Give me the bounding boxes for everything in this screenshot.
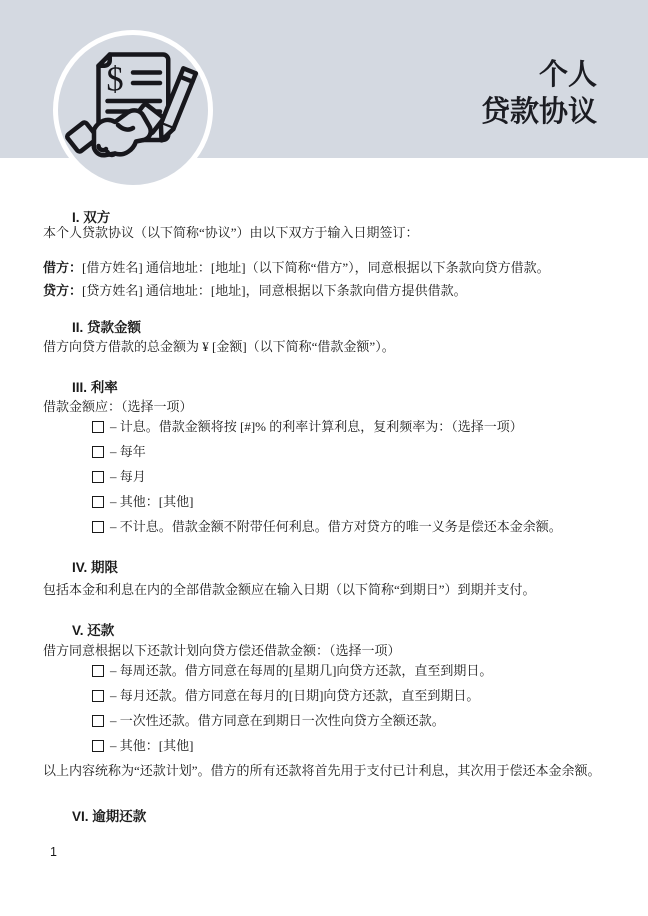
option-label: – 其他：[其他] (110, 738, 193, 753)
lender-text: [贷方姓名] 通信地址：[地址]，同意根据以下条款向借方提供借款。 (82, 283, 467, 298)
interest-rate-options: – 计息。借款金额将按 [#]% 的利率计算利息，复利频率为：（选择一项） – … (43, 419, 610, 534)
header-band: $ (0, 0, 648, 158)
lender-label: 贷方： (43, 283, 82, 298)
borrower-line: 借方：[借方姓名] 通信地址：[地址]（以下简称“借方”），同意根据以下条款向贷… (43, 256, 610, 279)
checkbox-icon[interactable] (92, 715, 104, 727)
title-line-1: 个人 (481, 57, 597, 94)
option-bearing-interest: – 计息。借款金额将按 [#]% 的利率计算利息，复利频率为：（选择一项） (92, 419, 610, 434)
checkbox-icon[interactable] (92, 446, 104, 458)
option-compound-monthly: – 每月 (92, 469, 610, 484)
checkbox-icon[interactable] (92, 521, 104, 533)
repayment-closing-text: 以上内容统称为“还款计划”。借方的所有还款将首先用于支付已计利息，其次用于偿还本… (43, 763, 610, 778)
option-compound-yearly: – 每年 (92, 444, 610, 459)
section-heading-late-payment: VI. 逾期还款 (43, 810, 610, 824)
title-line-2: 贷款协议 (481, 94, 597, 131)
checkbox-icon[interactable] (92, 665, 104, 677)
option-label: – 其他：[其他] (110, 494, 193, 509)
borrower-text: [借方姓名] 通信地址：[地址]（以下简称“借方”），同意根据以下条款向贷方借款… (82, 260, 550, 275)
section-heading-parties: I. 双方 (43, 211, 610, 225)
repayment-options: – 每周还款。借方同意在每周的[星期几]向贷方还款，直至到期日。 – 每月还款。… (43, 663, 610, 753)
checkbox-icon[interactable] (92, 690, 104, 702)
section-heading-interest-rate: III. 利率 (43, 381, 610, 395)
borrower-label: 借方： (43, 260, 82, 275)
svg-text:$: $ (106, 61, 123, 99)
section-heading-repayment: V. 还款 (43, 624, 610, 638)
document-page: $ (0, 0, 648, 916)
option-monthly-repayment: – 每月还款。借方同意在每月的[日期]向贷方还款，直至到期日。 (92, 688, 610, 703)
option-label: – 计息。借款金额将按 [#]% 的利率计算利息，复利频率为：（选择一项） (110, 419, 523, 434)
page-number: 1 (50, 845, 57, 859)
section-heading-term: IV. 期限 (43, 561, 610, 575)
checkbox-icon[interactable] (92, 421, 104, 433)
parties-intro: 本个人贷款协议（以下简称“协议”）由以下双方于输入日期签订： (43, 225, 610, 240)
option-label: – 不计息。借款金额不附带任何利息。借方对贷方的唯一义务是偿还本金余额。 (110, 519, 562, 534)
option-lump-sum-repayment: – 一次性还款。借方同意在到期日一次性向贷方全额还款。 (92, 713, 610, 728)
parties-block: 借方：[借方姓名] 通信地址：[地址]（以下简称“借方”），同意根据以下条款向贷… (43, 256, 610, 302)
option-label: – 一次性还款。借方同意在到期日一次性向贷方全额还款。 (110, 713, 445, 728)
option-label: – 每周还款。借方同意在每周的[星期几]向贷方还款，直至到期日。 (110, 663, 492, 678)
checkbox-icon[interactable] (92, 496, 104, 508)
document-body: I. 双方 本个人贷款协议（以下简称“协议”）由以下双方于输入日期签订： 借方：… (0, 211, 648, 824)
interest-rate-intro: 借款金额应：（选择一项） (43, 399, 610, 414)
document-title: 个人 贷款协议 (481, 57, 597, 131)
option-no-interest: – 不计息。借款金额不附带任何利息。借方对贷方的唯一义务是偿还本金余额。 (92, 519, 610, 534)
option-label: – 每月还款。借方同意在每月的[日期]向贷方还款，直至到期日。 (110, 688, 479, 703)
option-other-repayment: – 其他：[其他] (92, 738, 610, 753)
loan-agreement-logo: $ (53, 30, 213, 190)
option-compound-other: – 其他：[其他] (92, 494, 610, 509)
repayment-intro: 借方同意根据以下还款计划向贷方偿还借款金额：（选择一项） (43, 643, 610, 658)
option-label: – 每年 (110, 444, 146, 459)
checkbox-icon[interactable] (92, 740, 104, 752)
section-heading-loan-amount: II. 贷款金额 (43, 321, 610, 335)
term-text: 包括本金和利息在内的全部借款金额应在输入日期（以下简称“到期日”）到期并支付。 (43, 582, 610, 597)
option-weekly-repayment: – 每周还款。借方同意在每周的[星期几]向贷方还款，直至到期日。 (92, 663, 610, 678)
loan-amount-text: 借方向贷方借款的总金额为 ¥ [金额]（以下简称“借款金额”）。 (43, 339, 610, 354)
checkbox-icon[interactable] (92, 471, 104, 483)
document-dollar-pencil-handshake-icon: $ (58, 35, 208, 185)
option-label: – 每月 (110, 469, 146, 484)
lender-line: 贷方：[贷方姓名] 通信地址：[地址]，同意根据以下条款向借方提供借款。 (43, 279, 610, 302)
